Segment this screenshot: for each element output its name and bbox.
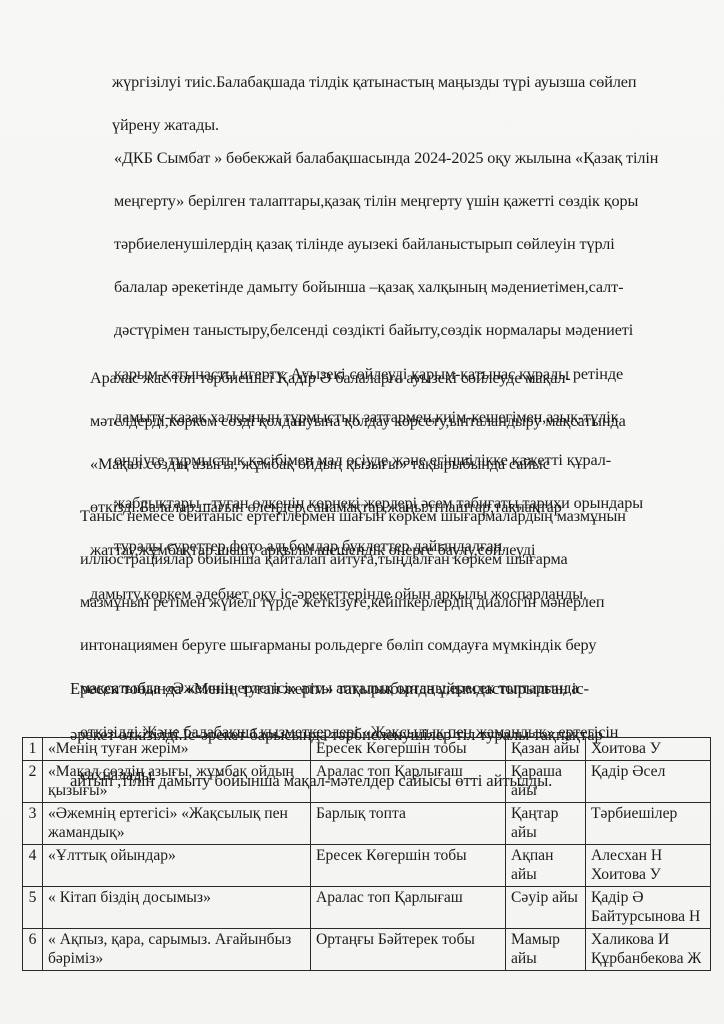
- responsible-name: Тәрбиешілер: [591, 804, 706, 823]
- event-title-line: «Ұлттық ойындар»: [48, 846, 306, 865]
- event-responsible: Тәрбиешілер: [586, 803, 711, 845]
- event-title: « Ақпыз, қара, сарымыз. Ағайынбыз бәрімі…: [43, 929, 311, 971]
- event-title-line: бәріміз»: [48, 949, 306, 968]
- event-month-line: Сәуір айы: [511, 888, 581, 907]
- responsible-name: Құрбанбекова Ж: [591, 949, 706, 968]
- event-title-line: « Ақпыз, қара, сарымыз. Ағайынбыз: [48, 930, 306, 949]
- responsible-name: Хоитова У: [591, 739, 706, 758]
- row-number: 3: [23, 803, 43, 845]
- event-title-line: «Менің туған жерім»: [48, 739, 306, 758]
- text-line: «ДКБ Сымбат » бөбекжай балабақшасында 20…: [114, 148, 658, 170]
- responsible-name: Хоитова У: [591, 865, 706, 884]
- event-group: Аралас топ Қарлығаш: [311, 887, 506, 929]
- event-month-line: Мамыр: [511, 930, 581, 949]
- event-month: Қазан айы: [506, 738, 586, 761]
- text-line: мазмұнын ретімен жүйелі түрде жеткізуге,…: [80, 592, 626, 614]
- responsible-name: Байтурсынова Н: [591, 907, 706, 926]
- event-responsible: Хоитова У: [586, 738, 711, 761]
- event-month-line: айы: [511, 781, 581, 800]
- table-row: 2 «Мақал сөздің азығы, жұмбақ ойдың қызы…: [23, 761, 711, 803]
- event-group: Ересек Көгершін тобы: [311, 845, 506, 887]
- table-row: 1 «Менің туған жерім» Ересек Көгершін то…: [23, 738, 711, 761]
- event-title: « Кітап біздің досымыз»: [43, 887, 311, 929]
- table-row: 5 « Кітап біздің досымыз» Аралас топ Қар…: [23, 887, 711, 929]
- event-month-line: Қаңтар: [511, 804, 581, 823]
- event-title: «Ұлттық ойындар»: [43, 845, 311, 887]
- event-group: Ересек Көгершін тобы: [311, 738, 506, 761]
- event-month-line: айы: [511, 949, 581, 968]
- event-responsible: Қадір Әсел: [586, 761, 711, 803]
- row-number: 6: [23, 929, 43, 971]
- event-title-line: жамандық»: [48, 823, 306, 842]
- event-month-line: Қараша: [511, 762, 581, 781]
- event-month: Мамыр айы: [506, 929, 586, 971]
- table-row: 3 «Әжемнің ертегісі» «Жақсылық пен жаман…: [23, 803, 711, 845]
- event-title-line: қызығы»: [48, 781, 306, 800]
- event-responsible: Қадір Ә Байтурсынова Н: [586, 887, 711, 929]
- event-group: Барлық топта: [311, 803, 506, 845]
- text-line: Аралас жас топ тәрбиешісі Қадір Ә балала…: [90, 368, 626, 390]
- event-month-line: Қазан айы: [511, 739, 581, 758]
- event-title: «Мақал сөздің азығы, жұмбақ ойдың қызығы…: [43, 761, 311, 803]
- event-group: Аралас топ Қарлығаш: [311, 761, 506, 803]
- table-row: 4 «Ұлттық ойындар» Ересек Көгершін тобы …: [23, 845, 711, 887]
- row-number: 1: [23, 738, 43, 761]
- event-title-line: «Әжемнің ертегісі» «Жақсылық пен: [48, 804, 306, 823]
- event-group: Ортаңғы Бәйтерек тобы: [311, 929, 506, 971]
- text-line: тәрбиеленушілердің қазақ тілінде ауызекі…: [114, 234, 658, 256]
- text-line: иллюстрациялар бойынша қайталап айтуға,т…: [80, 549, 626, 571]
- event-title-line: «Мақал сөздің азығы, жұмбақ ойдың: [48, 762, 306, 781]
- event-responsible: Алесхан Н Хоитова У: [586, 845, 711, 887]
- responsible-name: Халикова И: [591, 930, 706, 949]
- text-line: меңгерту» берілген талаптары,қазақ тілін…: [114, 191, 658, 213]
- events-plan-table: 1 «Менің туған жерім» Ересек Көгершін то…: [22, 737, 711, 971]
- event-month: Қараша айы: [506, 761, 586, 803]
- text-line: дәстүрімен таныстыру,белсенді сөздікті б…: [114, 320, 658, 342]
- event-month: Сәуір айы: [506, 887, 586, 929]
- event-title: «Әжемнің ертегісі» «Жақсылық пен жаманды…: [43, 803, 311, 845]
- event-title: «Менің туған жерім»: [43, 738, 311, 761]
- text-line: жүргізілуі тиіс.Балабақшада тілдік қатын…: [112, 72, 636, 94]
- responsible-name: Алесхан Н: [591, 846, 706, 865]
- text-line: Таныс немесе бейтаныс ертегілермен шағын…: [80, 506, 626, 528]
- responsible-name: Қадір Ә: [591, 888, 706, 907]
- event-title-line: « Кітап біздің досымыз»: [48, 888, 306, 907]
- table-row: 6 « Ақпыз, қара, сарымыз. Ағайынбыз бәрі…: [23, 929, 711, 971]
- row-number: 4: [23, 845, 43, 887]
- responsible-name: Қадір Әсел: [591, 762, 706, 781]
- event-responsible: Халикова И Құрбанбекова Ж: [586, 929, 711, 971]
- event-month-line: Ақпан: [511, 846, 581, 865]
- text-line: «Мақал сөздің азығы, жұмбақ ойдың қызығы…: [90, 454, 626, 476]
- event-month: Ақпан айы: [506, 845, 586, 887]
- text-line: балалар әрекетінде дамыту бойынша –қазақ…: [114, 277, 658, 299]
- row-number: 5: [23, 887, 43, 929]
- text-line: Ересек тобында «Менің туған жерім» тақыр…: [70, 677, 603, 700]
- event-month: Қаңтар айы: [506, 803, 586, 845]
- row-number: 2: [23, 761, 43, 803]
- event-month-line: айы: [511, 823, 581, 842]
- document-page: жүргізілуі тиіс.Балабақшада тілдік қатын…: [0, 0, 724, 1024]
- event-month-line: айы: [511, 865, 581, 884]
- text-line: мәтелдерді,көркем сөзді қолдануына қолда…: [90, 411, 626, 433]
